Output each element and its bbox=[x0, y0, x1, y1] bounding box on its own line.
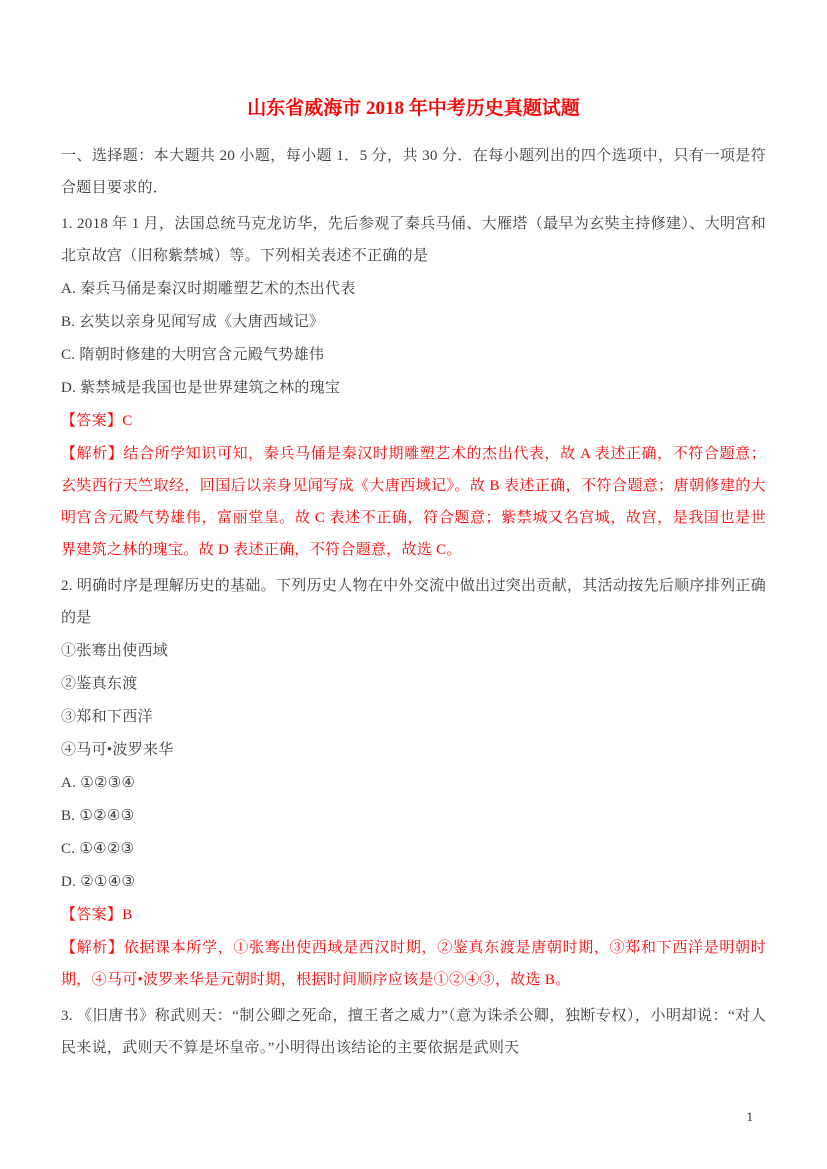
question-1-stem: 1. 2018 年 1 月，法国总统马克龙访华，先后参观了秦兵马俑、大雁塔（最早… bbox=[61, 208, 766, 272]
page-number: 1 bbox=[747, 1109, 754, 1125]
question-1-option-a: A. 秦兵马俑是秦汉时期雕塑艺术的杰出代表 bbox=[61, 273, 766, 305]
question-2-item-4: ④马可•波罗来华 bbox=[61, 734, 766, 766]
question-2-option-a: A. ①②③④ bbox=[61, 767, 766, 799]
question-1-answer: 【答案】C bbox=[61, 405, 766, 437]
question-2-option-c: C. ①④②③ bbox=[61, 833, 766, 865]
question-1-option-d: D. 紫禁城是我国也是世界建筑之林的瑰宝 bbox=[61, 372, 766, 404]
document-page: 山东省威海市 2018 年中考历史真题试题 一、选择题：本大题共 20 小题，每… bbox=[0, 0, 827, 1169]
question-1-analysis: 【解析】结合所学知识可知，秦兵马俑是秦汉时期雕塑艺术的杰出代表，故 A 表述正确… bbox=[61, 438, 766, 566]
section-instructions: 一、选择题：本大题共 20 小题，每小题 1．5 分，共 30 分．在每小题列出… bbox=[61, 140, 766, 204]
question-3-stem: 3. 《旧唐书》称武则天：“制公卿之死命，擅王者之威力”（意为诛杀公卿，独断专权… bbox=[61, 1000, 766, 1064]
document-title: 山东省威海市 2018 年中考历史真题试题 bbox=[61, 94, 766, 124]
question-2-analysis: 【解析】依据课本所学，①张骞出使西域是西汉时期，②鉴真东渡是唐朝时期，③郑和下西… bbox=[61, 932, 766, 996]
question-2-stem: 2. 明确时序是理解历史的基础。下列历史人物在中外交流中做出过突出贡献，其活动按… bbox=[61, 570, 766, 634]
question-2-item-1: ①张骞出使西域 bbox=[61, 635, 766, 667]
question-2-option-d: D. ②①④③ bbox=[61, 866, 766, 898]
question-2-option-b: B. ①②④③ bbox=[61, 800, 766, 832]
question-1-option-c: C. 隋朝时修建的大明宫含元殿气势雄伟 bbox=[61, 339, 766, 371]
question-2-answer: 【答案】B bbox=[61, 899, 766, 931]
question-2-item-3: ③郑和下西洋 bbox=[61, 701, 766, 733]
question-1-option-b: B. 玄奘以亲身见闻写成《大唐西域记》 bbox=[61, 306, 766, 338]
question-2-item-2: ②鉴真东渡 bbox=[61, 668, 766, 700]
